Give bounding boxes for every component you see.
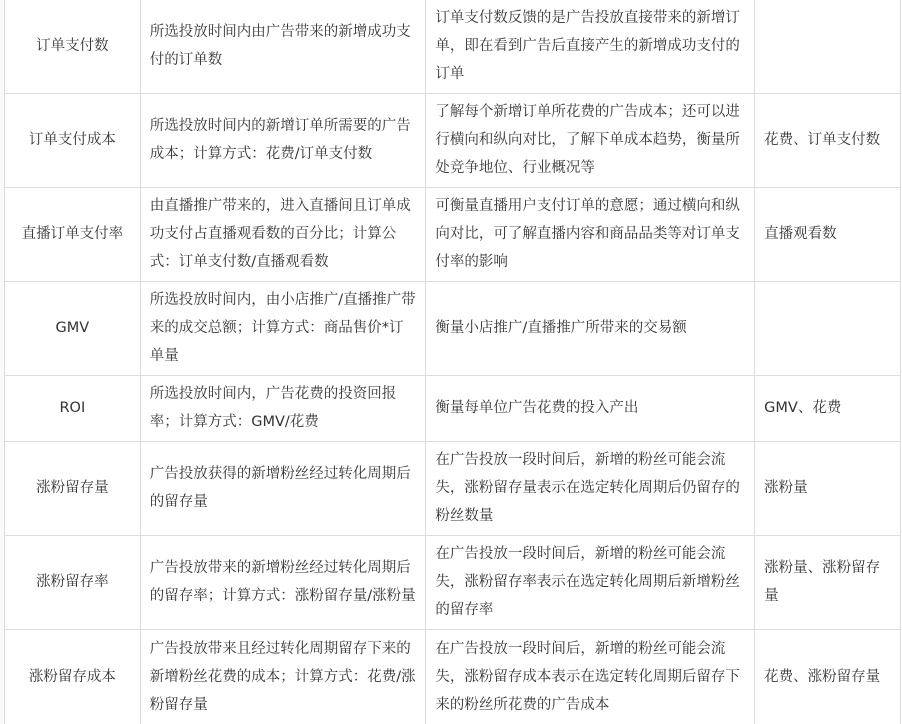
related-metrics-cell: 涨粉量	[755, 441, 901, 535]
related-metrics-cell	[755, 281, 901, 375]
definition-cell: 广告投放带来且经过转化周期留存下来的新增粉丝花费的成本；计算方式：花费/涨粉留存…	[140, 629, 426, 724]
definition-cell: 所选投放时间内由广告带来的新增成功支付的订单数	[140, 0, 426, 93]
related-metrics-cell: 花费、涨粉留存量	[755, 629, 901, 724]
table-row: 订单支付成本 所选投放时间内的新增订单所需要的广告成本；计算方式：花费/订单支付…	[5, 93, 901, 187]
definition-cell: 所选投放时间内，由小店推广/直播推广带来的成交总额；计算方式：商品售价*订单量	[140, 281, 426, 375]
metric-name-cell: ROI	[5, 375, 141, 441]
related-metrics-cell	[755, 0, 901, 93]
metric-name-cell: 直播订单支付率	[5, 187, 141, 281]
related-metrics-cell: GMV、花费	[755, 375, 901, 441]
metric-name-cell: 涨粉留存成本	[5, 629, 141, 724]
metric-name-cell: 涨粉留存量	[5, 441, 141, 535]
meaning-cell: 衡量每单位广告花费的投入产出	[426, 375, 755, 441]
related-metrics-cell: 直播观看数	[755, 187, 901, 281]
metrics-table-container: 订单支付数 所选投放时间内由广告带来的新增成功支付的订单数 订单支付数反馈的是广…	[4, 0, 901, 724]
definition-cell: 由直播推广带来的，进入直播间且订单成功支付占直播观看数的百分比；计算公式：订单支…	[140, 187, 426, 281]
definition-cell: 所选投放时间内，广告花费的投资回报率；计算方式：GMV/花费	[140, 375, 426, 441]
table-row: 订单支付数 所选投放时间内由广告带来的新增成功支付的订单数 订单支付数反馈的是广…	[5, 0, 901, 93]
meaning-cell: 了解每个新增订单所花费的广告成本；还可以进行横向和纵向对比，了解下单成本趋势，衡…	[426, 93, 755, 187]
meaning-cell: 在广告投放一段时间后，新增的粉丝可能会流失，涨粉留存成本表示在选定转化周期后留存…	[426, 629, 755, 724]
definition-cell: 所选投放时间内的新增订单所需要的广告成本；计算方式：花费/订单支付数	[140, 93, 426, 187]
metric-name-cell: 涨粉留存率	[5, 535, 141, 629]
related-metrics-cell: 涨粉量、涨粉留存量	[755, 535, 901, 629]
meaning-cell: 在广告投放一段时间后，新增的粉丝可能会流失，涨粉留存率表示在选定转化周期后新增粉…	[426, 535, 755, 629]
meaning-cell: 衡量小店推广/直播推广所带来的交易额	[426, 281, 755, 375]
table-row: 涨粉留存率 广告投放带来的新增粉丝经过转化周期后的留存率；计算方式：涨粉留存量/…	[5, 535, 901, 629]
table-row: 涨粉留存量 广告投放获得的新增粉丝经过转化周期后的留存量 在广告投放一段时间后，…	[5, 441, 901, 535]
metric-name-cell: 订单支付成本	[5, 93, 141, 187]
meaning-cell: 订单支付数反馈的是广告投放直接带来的新增订单，即在看到广告后直接产生的新增成功支…	[426, 0, 755, 93]
meaning-cell: 在广告投放一段时间后，新增的粉丝可能会流失，涨粉留存量表示在选定转化周期后仍留存…	[426, 441, 755, 535]
metric-name-cell: 订单支付数	[5, 0, 141, 93]
related-metrics-cell: 花费、订单支付数	[755, 93, 901, 187]
table-row: 涨粉留存成本 广告投放带来且经过转化周期留存下来的新增粉丝花费的成本；计算方式：…	[5, 629, 901, 724]
table-row: GMV 所选投放时间内，由小店推广/直播推广带来的成交总额；计算方式：商品售价*…	[5, 281, 901, 375]
metric-name-cell: GMV	[5, 281, 141, 375]
meaning-cell: 可衡量直播用户支付订单的意愿；通过横向和纵向对比，可了解直播内容和商品品类等对订…	[426, 187, 755, 281]
ad-metrics-table: 订单支付数 所选投放时间内由广告带来的新增成功支付的订单数 订单支付数反馈的是广…	[4, 0, 901, 724]
table-row: ROI 所选投放时间内，广告花费的投资回报率；计算方式：GMV/花费 衡量每单位…	[5, 375, 901, 441]
table-row: 直播订单支付率 由直播推广带来的，进入直播间且订单成功支付占直播观看数的百分比；…	[5, 187, 901, 281]
definition-cell: 广告投放获得的新增粉丝经过转化周期后的留存量	[140, 441, 426, 535]
definition-cell: 广告投放带来的新增粉丝经过转化周期后的留存率；计算方式：涨粉留存量/涨粉量	[140, 535, 426, 629]
